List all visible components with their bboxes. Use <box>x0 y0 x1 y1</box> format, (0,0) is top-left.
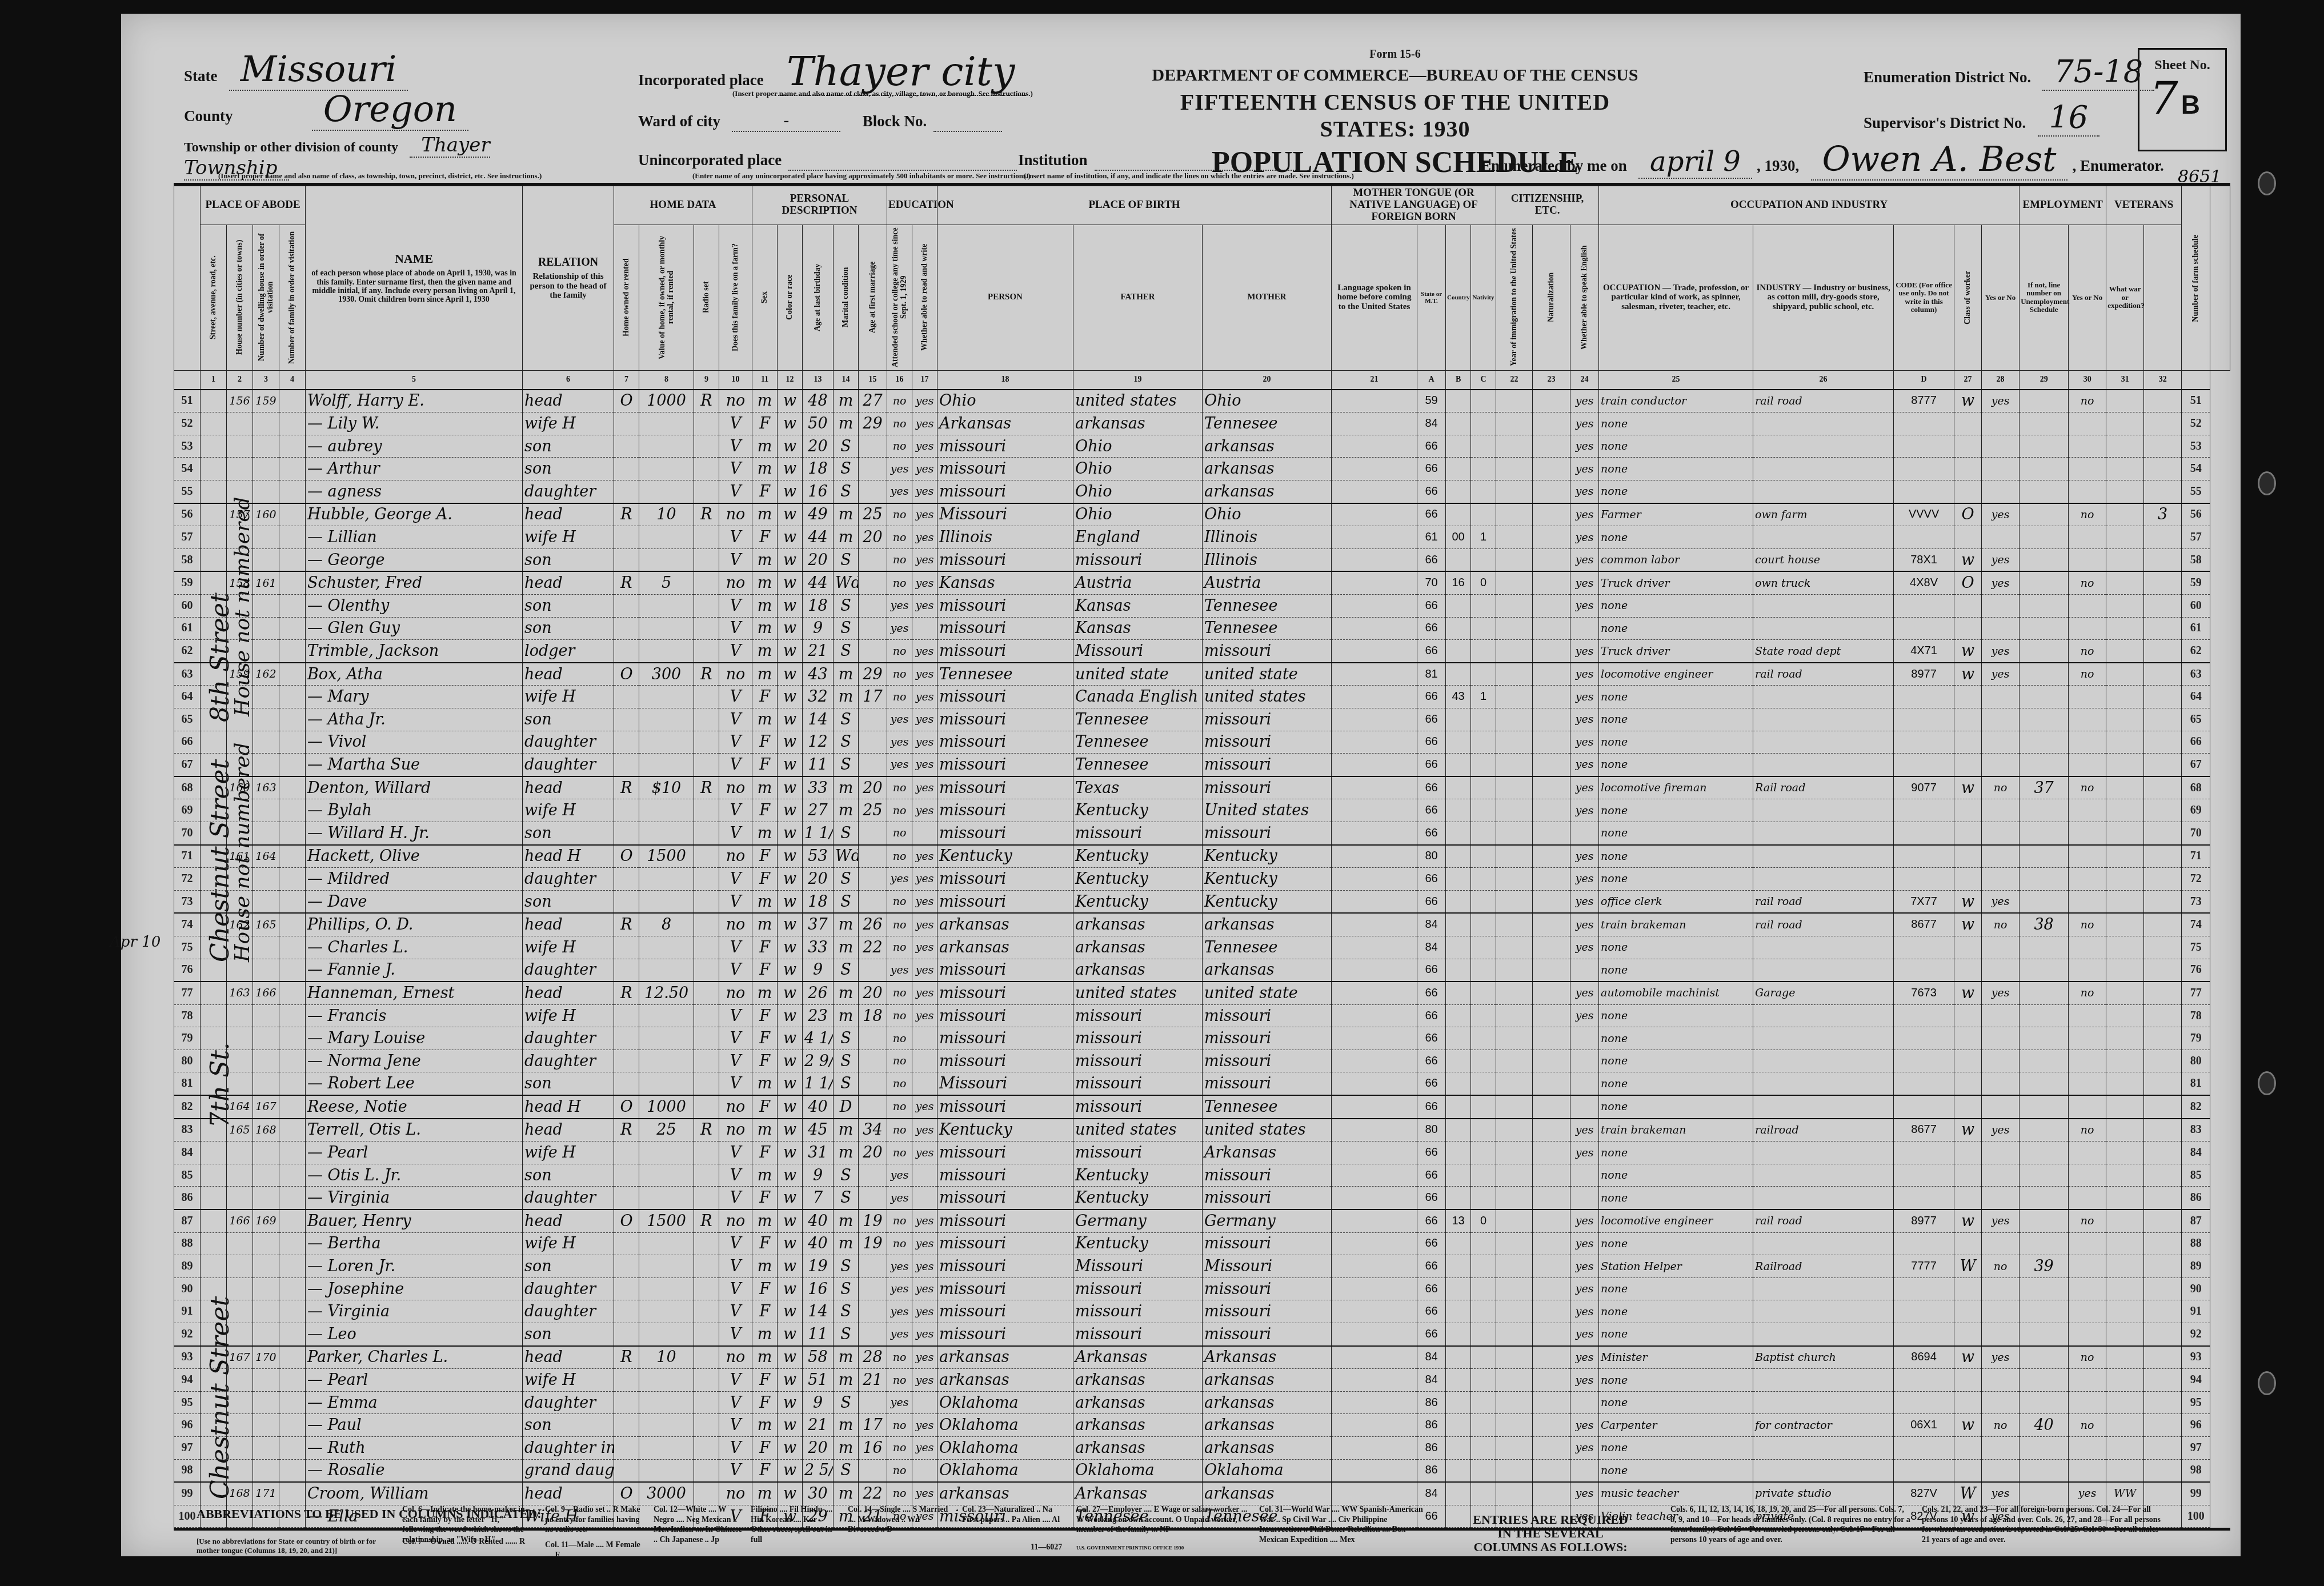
cell-eng: yes <box>1570 1209 1599 1232</box>
cell-nat <box>1533 1072 1570 1095</box>
line-number: 71 <box>174 845 201 868</box>
cell-farm: V <box>719 617 752 640</box>
cell-cls <box>1954 799 1982 822</box>
cell-street <box>201 799 227 822</box>
cell-race: w <box>778 595 803 618</box>
cell-mar: m <box>834 503 859 526</box>
cell-ca: 61 <box>1417 526 1446 549</box>
cell-yr <box>1496 1232 1533 1255</box>
cell-fam <box>279 822 306 844</box>
cell-house <box>227 1277 253 1300</box>
cell-bpm: arkansas <box>1203 1482 1332 1505</box>
cell-lang <box>1332 1323 1417 1346</box>
cell-vet <box>2069 1277 2106 1300</box>
cell-yr <box>1496 390 1533 412</box>
line-number: 85 <box>2182 1164 2210 1187</box>
cell-agem: 20 <box>859 1142 887 1164</box>
cell-cls <box>1954 1050 1982 1072</box>
cell-farm: V <box>719 1164 752 1187</box>
cell-cb <box>1446 868 1471 891</box>
cell-yr <box>1496 1346 1533 1369</box>
cell-occ: Carpenter <box>1599 1414 1753 1437</box>
cell-cls <box>1954 435 1982 458</box>
cell-bp: Kansas <box>937 571 1073 594</box>
col8-header: Value of home, if owned, or monthly rent… <box>639 225 694 370</box>
cell-sch: no <box>887 913 912 936</box>
sd-field: Supervisor's District No. 16 <box>1864 99 2099 135</box>
cell-bpf: arkansas <box>1073 1436 1203 1459</box>
table-row: 80— Norma JenedaughterVFw2 9/12Snomissou… <box>174 1050 2230 1072</box>
line-number: 63 <box>174 663 201 686</box>
cell-work <box>1982 1232 2020 1255</box>
cell-eng: yes <box>1570 754 1599 776</box>
cell-work <box>1982 480 2020 503</box>
cell-name: — Loren Jr. <box>306 1255 523 1278</box>
cell-cc: 0 <box>1471 1209 1496 1232</box>
cell-rel: head <box>523 571 614 594</box>
cell-yr <box>1496 982 1533 1004</box>
cell-agem: 17 <box>859 1414 887 1437</box>
cell-radio <box>694 435 719 458</box>
cell-dw <box>253 458 279 480</box>
cell-ind <box>1753 1072 1894 1095</box>
cell-cc <box>1471 799 1496 822</box>
cell-cls: w <box>1954 982 1982 1004</box>
cell-yr <box>1496 1072 1533 1095</box>
table-row: 56157160Hubble, George A.headR10Rnomw49m… <box>174 503 2230 526</box>
cell-ca: 66 <box>1417 435 1446 458</box>
cell-dw: 168 <box>253 1119 279 1142</box>
cell-occ: none <box>1599 1095 1753 1119</box>
cell-ind: rail road <box>1753 1209 1894 1232</box>
cell-farmsch <box>2144 799 2182 822</box>
cell-farmsch <box>2144 959 2182 982</box>
cell-war <box>2106 1004 2144 1027</box>
cell-val <box>639 686 694 708</box>
cell-occ: none <box>1599 1164 1753 1187</box>
cell-vet: no <box>2069 1119 2106 1142</box>
cell-mar: m <box>834 526 859 549</box>
cell-agem <box>859 640 887 663</box>
cell-eng: yes <box>1570 1142 1599 1164</box>
cell-own <box>614 1414 639 1437</box>
cell-cls <box>1954 1095 1982 1119</box>
table-row: 57— Lillianwife HVFw44m20noyesIllinoisEn… <box>174 526 2230 549</box>
cell-read: yes <box>912 913 937 936</box>
cell-bpf: arkansas <box>1073 1391 1203 1414</box>
state-value: Missouri <box>229 48 408 91</box>
cell-work: yes <box>1982 503 2020 526</box>
cell-farmsch <box>2144 548 2182 571</box>
cell-own <box>614 1300 639 1323</box>
cell-dw: 164 <box>253 845 279 868</box>
cell-read: yes <box>912 1095 937 1119</box>
cell-bpf: united state <box>1073 663 1203 686</box>
line-number: 76 <box>2182 959 2210 982</box>
cell-val <box>639 1027 694 1050</box>
col12-header: Color or race <box>778 225 803 370</box>
enumerator-label: , Enumerator. <box>2073 157 2164 174</box>
cell-dw <box>253 959 279 982</box>
cell-rel: daughter <box>523 868 614 891</box>
cell-work: yes <box>1982 1119 2020 1142</box>
cell-cc <box>1471 595 1496 618</box>
cell-sch: yes <box>887 1164 912 1187</box>
column-number: 19 <box>1073 370 1203 390</box>
cell-fam <box>279 868 306 891</box>
cell-cls: W <box>1954 1482 1982 1505</box>
line-number: 94 <box>2182 1369 2210 1392</box>
cell-house <box>227 686 253 708</box>
cell-val <box>639 1414 694 1437</box>
cell-eng: yes <box>1570 503 1599 526</box>
occupation-header: OCCUPATION AND INDUSTRY <box>1599 186 2020 225</box>
cell-own <box>614 458 639 480</box>
line-number: 97 <box>2182 1436 2210 1459</box>
cell-work: yes <box>1982 548 2020 571</box>
cell-mar: m <box>834 412 859 435</box>
cell-race: w <box>778 890 803 913</box>
cell-lang <box>1332 526 1417 549</box>
cell-read: yes <box>912 890 937 913</box>
cell-age: 11 <box>803 1323 834 1346</box>
cell-mar: S <box>834 959 859 982</box>
line-number: 72 <box>2182 868 2210 891</box>
punch-hole <box>2258 1371 2276 1395</box>
cell-farm: V <box>719 1414 752 1437</box>
cell-mar: S <box>834 1391 859 1414</box>
cell-code: 8977 <box>1894 663 1954 686</box>
cell-sch: no <box>887 686 912 708</box>
cell-ca: 66 <box>1417 595 1446 618</box>
cell-unemp <box>2020 868 2069 891</box>
cell-occ: none <box>1599 1300 1753 1323</box>
cell-rel: son <box>523 1164 614 1187</box>
cell-fam <box>279 390 306 412</box>
cell-lang <box>1332 799 1417 822</box>
cell-agem: 19 <box>859 1232 887 1255</box>
cell-yr <box>1496 1436 1533 1459</box>
township-note: (Insert proper name and also name of cla… <box>218 171 542 181</box>
col7-header: Home owned or rented <box>614 225 639 370</box>
cell-radio <box>694 1255 719 1278</box>
cell-war <box>2106 617 2144 640</box>
cell-val <box>639 890 694 913</box>
cell-cls <box>1954 480 1982 503</box>
cell-sch: no <box>887 1232 912 1255</box>
cell-lang <box>1332 1436 1417 1459</box>
cell-bpf: Ohio <box>1073 480 1203 503</box>
cell-radio <box>694 412 719 435</box>
cell-age: 50 <box>803 412 834 435</box>
cell-name: — Robert Lee <box>306 1072 523 1095</box>
cell-code <box>1894 1004 1954 1027</box>
cell-name: — Mildred <box>306 868 523 891</box>
cell-ca: 66 <box>1417 959 1446 982</box>
line-number: 81 <box>2182 1072 2210 1095</box>
cell-own: R <box>614 776 639 799</box>
cell-bpm: Ohio <box>1203 390 1332 412</box>
cell-rel: son <box>523 1072 614 1095</box>
cell-nat <box>1533 890 1570 913</box>
cell-name: Schuster, Fred <box>306 571 523 594</box>
column-number: 4 <box>279 370 306 390</box>
cell-war <box>2106 1187 2144 1209</box>
cell-sex: F <box>752 686 778 708</box>
cell-sex: m <box>752 708 778 731</box>
cell-rel: grand daughter <box>523 1459 614 1482</box>
cell-rel: daughter <box>523 1027 614 1050</box>
cell-unemp <box>2020 1459 2069 1482</box>
line-number: 62 <box>2182 640 2210 663</box>
cell-sex: F <box>752 412 778 435</box>
cell-farm: V <box>719 526 752 549</box>
table-row: 87166169Bauer, HenryheadO1500Rnomw40m19n… <box>174 1209 2230 1232</box>
cell-eng <box>1570 822 1599 844</box>
cell-street <box>201 1187 227 1209</box>
cell-bpf: arkansas <box>1073 412 1203 435</box>
cell-farmsch <box>2144 1232 2182 1255</box>
cell-yr <box>1496 548 1533 571</box>
cell-unemp <box>2020 845 2069 868</box>
cell-dw <box>253 1072 279 1095</box>
cell-farmsch <box>2144 913 2182 936</box>
column-number: 16 <box>887 370 912 390</box>
abbr-col31: Col. 31—World War .... WW Spanish-Americ… <box>1259 1505 1431 1545</box>
cell-cls: W <box>1954 1255 1982 1278</box>
requirements-2: Cols. 21, 22, and 23—For all foreign-bor… <box>1922 1505 2162 1545</box>
cell-code <box>1894 1095 1954 1119</box>
cell-ca: 66 <box>1417 1072 1446 1095</box>
cell-cc <box>1471 1027 1496 1050</box>
cell-farm: no <box>719 845 752 868</box>
cell-fam <box>279 1119 306 1142</box>
line-number: 64 <box>174 686 201 708</box>
cell-race: w <box>778 708 803 731</box>
cell-rel: daughter <box>523 754 614 776</box>
cell-read: yes <box>912 458 937 480</box>
cell-bpf: Kansas <box>1073 617 1203 640</box>
cell-code <box>1894 1072 1954 1095</box>
cell-yr <box>1496 1414 1533 1437</box>
cell-house <box>227 822 253 844</box>
cell-sex: m <box>752 503 778 526</box>
cell-bp: missouri <box>937 754 1073 776</box>
cell-lang <box>1332 412 1417 435</box>
cell-race: w <box>778 1300 803 1323</box>
cell-house: 161 <box>227 845 253 868</box>
cell-rel: head <box>523 1482 614 1505</box>
table-row: 70— Willard H. Jr.sonVmw1 1/2Snomissouri… <box>174 822 2230 844</box>
cell-unemp <box>2020 1369 2069 1392</box>
cell-age: 9 <box>803 959 834 982</box>
cell-sex: m <box>752 776 778 799</box>
cell-bpf: missouri <box>1073 1300 1203 1323</box>
cell-rel: son <box>523 458 614 480</box>
cell-occ: none <box>1599 412 1753 435</box>
cell-fam <box>279 1095 306 1119</box>
cell-bp: missouri <box>937 868 1073 891</box>
column-number: 5 <box>306 370 523 390</box>
cell-yr <box>1496 571 1533 594</box>
cell-vet <box>2069 731 2106 754</box>
cell-yr <box>1496 1142 1533 1164</box>
cell-ca: 86 <box>1417 1414 1446 1437</box>
cell-cc <box>1471 1346 1496 1369</box>
cell-cls <box>1954 617 1982 640</box>
cell-bpm: arkansas <box>1203 1436 1332 1459</box>
cell-ind: rail road <box>1753 663 1894 686</box>
cell-own: R <box>614 913 639 936</box>
cell-fam <box>279 686 306 708</box>
cell-cc <box>1471 1142 1496 1164</box>
cell-cls <box>1954 1004 1982 1027</box>
cell-sex: m <box>752 458 778 480</box>
cell-bp: arkansas <box>937 913 1073 936</box>
column-number: 21 <box>1332 370 1417 390</box>
cell-eng: yes <box>1570 731 1599 754</box>
cell-cls <box>1954 1142 1982 1164</box>
cell-radio <box>694 458 719 480</box>
cell-bpf: Kentucky <box>1073 845 1203 868</box>
cell-age: 11 <box>803 754 834 776</box>
cell-own <box>614 412 639 435</box>
cell-ca: 84 <box>1417 412 1446 435</box>
cell-name: — Vivol <box>306 731 523 754</box>
cell-own <box>614 1164 639 1187</box>
cell-sex: F <box>752 754 778 776</box>
cell-vet <box>2069 890 2106 913</box>
cell-nat <box>1533 458 1570 480</box>
cell-street <box>201 548 227 571</box>
cell-sch: no <box>887 1346 912 1369</box>
cell-farm: V <box>719 1187 752 1209</box>
sheet-side: B <box>2181 90 2200 119</box>
cell-occ: none <box>1599 686 1753 708</box>
cell-race: w <box>778 913 803 936</box>
cell-cb <box>1446 435 1471 458</box>
cell-bpf: Kentucky <box>1073 1164 1203 1187</box>
cell-rel: wife H <box>523 1369 614 1392</box>
cell-race: w <box>778 1323 803 1346</box>
line-number: 76 <box>174 959 201 982</box>
cell-mar: m <box>834 1346 859 1369</box>
cell-age: 53 <box>803 845 834 868</box>
cell-cc <box>1471 1391 1496 1414</box>
cell-fam <box>279 754 306 776</box>
cell-val: 300 <box>639 663 694 686</box>
cell-house <box>227 1300 253 1323</box>
cell-unemp <box>2020 890 2069 913</box>
cell-work: yes <box>1982 1209 2020 1232</box>
cell-bpm: Tennesee <box>1203 595 1332 618</box>
abbr-note: [Use no abbreviations for State or count… <box>197 1537 391 1555</box>
cell-eng: yes <box>1570 708 1599 731</box>
cell-unemp <box>2020 686 2069 708</box>
cell-ind <box>1753 1459 1894 1482</box>
cell-bp: missouri <box>937 890 1073 913</box>
cell-sex: m <box>752 982 778 1004</box>
line-number: 68 <box>174 776 201 799</box>
cell-yr <box>1496 754 1533 776</box>
line-number: 54 <box>2182 458 2210 480</box>
cell-vet <box>2069 1187 2106 1209</box>
cell-mar: m <box>834 799 859 822</box>
cell-agem: 29 <box>859 412 887 435</box>
abbr-races: Filipino .... Fil Hindu .... Hin Korean … <box>751 1505 836 1545</box>
cell-work <box>1982 822 2020 844</box>
cell-bp: missouri <box>937 1323 1073 1346</box>
table-row: 66— VivoldaughterVFw12SyesyesmissouriTen… <box>174 731 2230 754</box>
cell-nat <box>1533 1119 1570 1142</box>
cell-code <box>1894 959 1954 982</box>
cell-cls: w <box>1954 1346 1982 1369</box>
cell-cc <box>1471 1072 1496 1095</box>
cell-cc <box>1471 1414 1496 1437</box>
cell-radio <box>694 959 719 982</box>
cell-radio: R <box>694 503 719 526</box>
cell-radio <box>694 1414 719 1437</box>
cell-bp: missouri <box>937 480 1073 503</box>
cell-ca: 84 <box>1417 936 1446 959</box>
cell-nat <box>1533 1391 1570 1414</box>
cell-farm: no <box>719 982 752 1004</box>
cell-war <box>2106 776 2144 799</box>
column-number: 29 <box>2020 370 2069 390</box>
cell-bp: Oklahoma <box>937 1391 1073 1414</box>
cell-lang <box>1332 1391 1417 1414</box>
cell-cls <box>1954 1459 1982 1482</box>
cell-code <box>1894 708 1954 731</box>
cell-race: w <box>778 1095 803 1119</box>
cell-sex: m <box>752 1346 778 1369</box>
cell-race: w <box>778 959 803 982</box>
cell-unemp <box>2020 1232 2069 1255</box>
cell-occ: none <box>1599 1142 1753 1164</box>
cell-nat <box>1533 617 1570 640</box>
cell-mar: S <box>834 1050 859 1072</box>
cell-house: 165 <box>227 1119 253 1142</box>
col21-header: Language spoken in home before coming to… <box>1332 225 1417 370</box>
abbr-col9: Col. 9—Radio set .. R Make no entry for … <box>545 1505 642 1535</box>
cell-occ: office clerk <box>1599 890 1753 913</box>
cell-own <box>614 731 639 754</box>
cell-dw <box>253 822 279 844</box>
cell-code: 8694 <box>1894 1346 1954 1369</box>
colC-header: Nativity <box>1471 225 1496 370</box>
cell-farm: V <box>719 754 752 776</box>
cell-age: 21 <box>803 1414 834 1437</box>
cell-fam <box>279 1300 306 1323</box>
cell-sex: m <box>752 390 778 412</box>
census-title: FIFTEENTH CENSUS OF THE UNITED STATES: 1… <box>1138 89 1652 142</box>
cell-name: — Virginia <box>306 1187 523 1209</box>
cell-sch: yes <box>887 1323 912 1346</box>
cell-eng <box>1570 617 1599 640</box>
cell-unemp <box>2020 754 2069 776</box>
cell-vet <box>2069 708 2106 731</box>
census-sheet: State Missouri County Oregon Township or… <box>121 14 2241 1556</box>
line-number: 60 <box>174 595 201 618</box>
cell-fam <box>279 1346 306 1369</box>
cell-work: yes <box>1982 663 2020 686</box>
cell-own <box>614 686 639 708</box>
cell-cls <box>1954 1300 1982 1323</box>
cell-bp: arkansas <box>937 1369 1073 1392</box>
cell-fam <box>279 435 306 458</box>
cell-code <box>1894 1459 1954 1482</box>
col3-header: Number of dwelling house in order of vis… <box>253 225 279 370</box>
